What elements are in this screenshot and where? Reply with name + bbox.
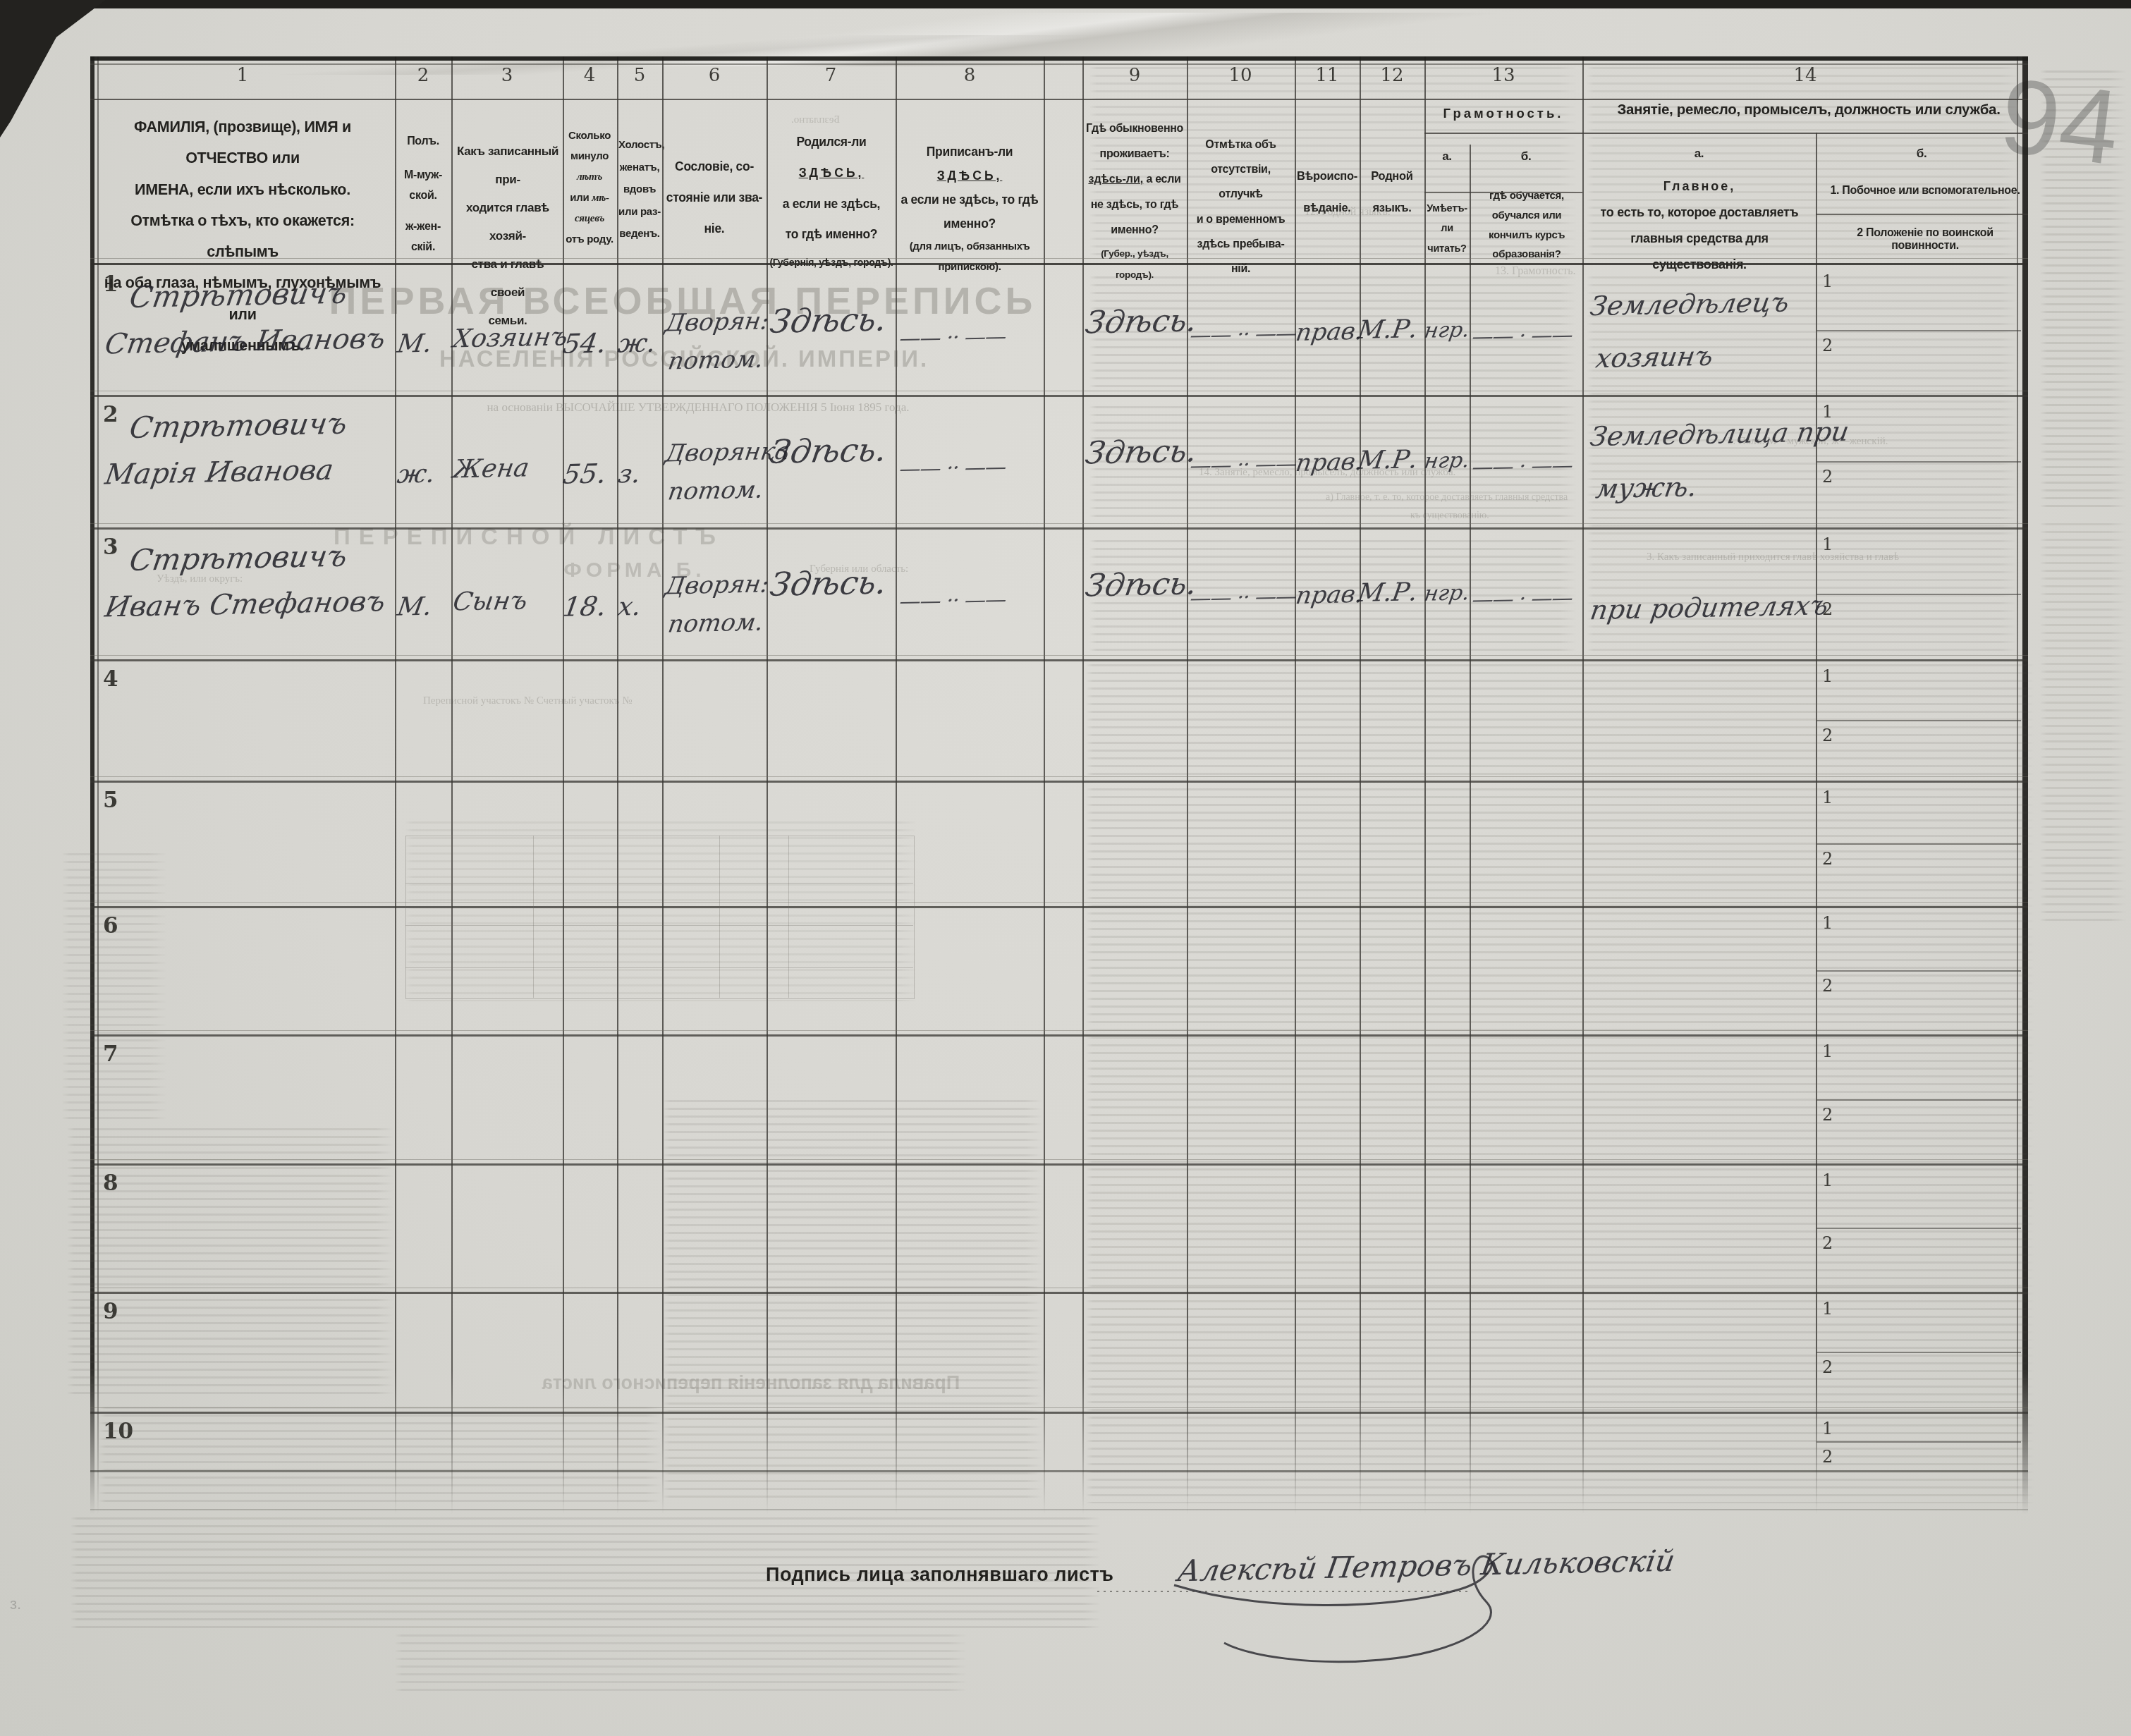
subrow-number: 1 (1822, 666, 1843, 686)
table-row-line (90, 527, 2028, 530)
cell-entry-estate1: Дворян: (664, 570, 767, 601)
column-header-14-title: Занятіе, ремесло, промыселъ, должность и… (1587, 102, 2031, 118)
column-header-5: Холостъ, женатъ, вдовъ или раз- веденъ. (618, 134, 661, 245)
cell-entry-marital: з. (616, 459, 662, 489)
column-number: 13 (1475, 65, 1532, 86)
paper-crease (56, 13, 1960, 66)
subrow-number: 1 (1822, 1170, 1843, 1190)
ghost-paragraph-noise (405, 821, 917, 1001)
cell-entry-registered: —— ·· —— (898, 587, 1043, 614)
table-column-line (1187, 56, 1188, 1515)
subrow-number: 2 (1822, 726, 1843, 745)
cell-entry-sex: ж. (396, 459, 450, 489)
cell-entry-literacy: нгр. (1422, 317, 1472, 343)
cell-entry-age: 18. (561, 590, 616, 622)
subrow-number: 2 (1822, 976, 1843, 996)
ghost-paragraph-noise (62, 853, 166, 1121)
ghost-paragraph-noise (67, 1128, 393, 1396)
table-row-line (90, 1509, 2028, 1510)
table-column-line (767, 56, 768, 1515)
table-row-line (90, 781, 2028, 783)
column-header-14a-label: а. (1582, 147, 1816, 161)
cell-entry-occupation1: при родителяхъ (1588, 590, 1816, 626)
ghost-table-line (405, 883, 913, 884)
table-row-line (90, 906, 2028, 908)
column-header-3: Какъ записанный при- ходится главѣ хозяй… (455, 137, 561, 335)
table-column-line (1044, 56, 1045, 1515)
cell-entry-language: М.Р. (1356, 314, 1426, 345)
cell-entry-residence: Здѣсь. (1083, 434, 1189, 472)
row-number: 9 (103, 1299, 148, 1324)
column-header-13a-label: а. (1424, 149, 1470, 164)
cell-entry-name: Иванъ Стефановъ (103, 585, 413, 624)
subrow-divider (1816, 330, 2021, 331)
table-column-line (1295, 56, 1296, 1515)
subrow-number: 2 (1822, 849, 1843, 869)
cell-entry-surname: Стрѣтовичъ (128, 274, 402, 314)
column-number: 11 (1299, 65, 1355, 86)
column-header-9: Гдѣ обыкновенно проживаетъ: здѣсь-ли, а … (1085, 116, 1185, 286)
row-number: 6 (103, 913, 148, 939)
column-header-12: Родной языкъ. (1361, 161, 1423, 224)
cell-entry-occupation1: Земледѣлица при (1588, 417, 1816, 453)
ghost-fragment: къ существованію. (1410, 511, 1489, 522)
subrow-number: 1 (1822, 1299, 1843, 1319)
cell-entry-born: Здѣсь. (768, 430, 896, 471)
scan-top-edge (0, 0, 2131, 8)
cell-entry-marital: ж. (616, 329, 662, 358)
column-number: 7 (802, 65, 859, 86)
table-column-line (1424, 56, 1426, 1515)
cell-entry-estate1: Дворянка (664, 438, 767, 468)
ghost-table-line (788, 836, 789, 998)
ghost-table-line (405, 925, 913, 926)
cell-entry-estate2: потом. (666, 476, 764, 506)
column-header-14b-1: 1. Побочное или вспомогательное. (1823, 185, 2027, 197)
ghost-paragraph-noise (1086, 664, 2034, 1503)
ghost-paragraph-noise (663, 1100, 1042, 1499)
column-header-14a: Главное, то есть то, которое доставляетъ… (1587, 173, 1812, 278)
ghost-table-outline (405, 836, 915, 999)
cell-entry-sex: М. (396, 592, 450, 621)
cell-entry-relation: Сынъ (451, 585, 563, 616)
signature-flourish (1156, 1527, 1565, 1689)
cell-entry-sex: М. (396, 329, 450, 358)
cell-entry-estate1: Дворян: (664, 307, 767, 338)
table-row-line (90, 1288, 2028, 1288)
column-number: 12 (1364, 65, 1420, 86)
table-row-line (90, 99, 2028, 100)
ghost-table-line (405, 967, 913, 968)
cell-entry-absence: —— ·· —— (1188, 584, 1295, 611)
ghost-table-line (533, 836, 534, 998)
table-row-line (1816, 214, 2028, 215)
cell-entry-born: Здѣсь. (768, 300, 896, 341)
cell-entry-language: М.Р. (1356, 445, 1426, 475)
table-row-line (90, 1159, 2028, 1160)
table-row-line (90, 1412, 2028, 1414)
row-number: 8 (103, 1170, 148, 1196)
table-row-line (90, 63, 2028, 65)
subrow-number: 2 (1822, 336, 1843, 355)
table-row-line (90, 1292, 2028, 1294)
cell-entry-residence: Здѣсь. (1083, 566, 1189, 604)
cell-entry-registered: —— ·· —— (898, 454, 1043, 482)
column-number: 3 (479, 65, 535, 86)
subrow-divider (1816, 843, 2021, 845)
ghost-paragraph-noise (395, 1634, 966, 1697)
cell-entry-occupation2: мужѣ. (1594, 469, 1815, 504)
cell-entry-religion: прав. (1294, 448, 1360, 477)
subrow-number: 2 (1822, 1105, 1843, 1125)
table-column-line (617, 56, 618, 1515)
table-row-line (90, 391, 2028, 391)
ghost-uchastok-label: Переписной участокъ № Счетный участокъ № (423, 695, 633, 707)
signature-label: Подпись лица заполнявшаго листъ (766, 1564, 1114, 1586)
column-number: 2 (395, 65, 451, 86)
subrow-number: 1 (1822, 913, 1843, 933)
table-column-line (1082, 56, 1084, 1515)
cell-entry-literacy: нгр. (1422, 580, 1472, 606)
table-row-line (90, 1030, 2028, 1031)
row-number: 10 (103, 1419, 148, 1444)
subrow-divider (1816, 970, 2021, 972)
cell-entry-name: Стефанъ Ивановъ (103, 322, 413, 361)
column-number: 5 (611, 65, 668, 86)
cell-entry-relation: Жена (451, 453, 563, 484)
column-number: 9 (1106, 65, 1163, 86)
column-number: 8 (941, 65, 998, 86)
cell-entry-born: Здѣсь. (768, 563, 896, 604)
column-header-2: Полъ. М-муж- ской. ж-жен- скій. (396, 131, 450, 258)
margin-pencil-mark: з. (10, 1595, 21, 1613)
column-number: 6 (686, 65, 743, 86)
subrow-divider (1816, 461, 2021, 463)
cell-entry-registered: —— ·· —— (898, 324, 1043, 351)
cell-entry-estate2: потом. (666, 346, 764, 376)
table-column-line (1582, 56, 1584, 1515)
subrow-number: 1 (1822, 1041, 1843, 1061)
table-row-line (90, 395, 2028, 397)
column-header-7: Родился-ли ЗДѢСЬ, а если не здѣсь, то гд… (769, 127, 894, 275)
subrow-number: 2 (1822, 467, 1843, 487)
table-column-line (563, 56, 564, 1515)
cell-entry-absence: —— ·· —— (1188, 451, 1295, 478)
table-column-line (2017, 56, 2018, 1515)
cell-entry-age: 55. (561, 458, 616, 489)
subrow-divider (1816, 1099, 2021, 1101)
cell-entry-occupation1: Земледѣлецъ (1588, 286, 1816, 322)
subrow-number: 2 (1822, 1357, 1843, 1377)
subrow-divider (1816, 1352, 2021, 1353)
cell-entry-surname: Стрѣтовичъ (128, 405, 402, 445)
cell-entry-education: —— · —— (1470, 453, 1582, 479)
table-column-line (1360, 56, 1361, 1515)
cell-entry-education: —— · —— (1470, 585, 1582, 612)
column-header-8: Приписанъ-ли ЗДѢСЬ, а если не здѣсь, то … (897, 140, 1042, 277)
ghost-fragment: 13. Грамотность. (1495, 265, 1576, 278)
table-row-line (90, 655, 2028, 656)
subrow-number: 1 (1822, 271, 1843, 291)
row-number: 4 (103, 666, 148, 692)
cell-entry-occupation2: хозяинъ (1594, 338, 1815, 374)
ghost-fragment: а) Главное, т. е. то, которое доставляет… (1326, 492, 1568, 503)
row-number: 5 (103, 788, 148, 813)
table-row-line (90, 776, 2028, 777)
ghost-law-line: на основаніи ВЫСОЧАЙШЕ УТВЕРЖДЕННАГО ПОЛ… (296, 401, 1100, 415)
cell-entry-religion: прав. (1294, 580, 1360, 610)
table-column-line (1470, 145, 1471, 1515)
column-header-13b-label: б. (1470, 149, 1582, 164)
table-row-line (90, 1407, 2028, 1408)
row-number: 7 (103, 1041, 148, 1067)
table-row-line (90, 902, 2028, 903)
column-header-11: Вѣроиспо- вѣданіе. (1296, 161, 1358, 224)
ghost-table-line (719, 836, 720, 998)
table-row-line (1424, 133, 2028, 134)
cell-entry-religion: прав. (1294, 317, 1360, 347)
cell-entry-estate2: потом. (666, 609, 764, 639)
ghost-rules-heading: Правила для заполненія переписного листа (395, 1372, 1107, 1394)
column-number: 4 (561, 65, 618, 86)
subrow-number: 2 (1822, 1233, 1843, 1253)
ghost-table-line (451, 836, 452, 998)
table-row-line (90, 1034, 2028, 1037)
table-row-line (90, 1163, 2028, 1166)
ghost-paragraph-noise (2040, 523, 2126, 925)
table-column-line (662, 56, 664, 1515)
column-number: 1 (214, 65, 271, 86)
cell-entry-literacy: нгр. (1422, 448, 1472, 473)
subrow-number: 1 (1822, 1419, 1843, 1438)
column-header-6: Сословіе, со- стояніе или зва- ніе. (664, 152, 765, 244)
ghost-fragment: 3. Какъ записанный приходится главѣ хозя… (1647, 551, 1899, 563)
cell-entry-language: М.Р. (1356, 577, 1426, 608)
subrow-divider (1816, 720, 2021, 721)
subrow-number: 1 (1822, 534, 1843, 554)
subrow-divider (1816, 1441, 2021, 1443)
table-column-line (90, 56, 94, 1515)
cell-entry-education: —— · —— (1470, 322, 1582, 349)
column-header-4: Сколько минуло лѣтъ или мѣ- сяцевъ отъ р… (563, 126, 616, 250)
subrow-divider (1816, 1228, 2021, 1229)
subrow-number: 2 (1822, 1447, 1843, 1467)
column-header-13b: гдѣ обучается, обучался или кончилъ курс… (1474, 186, 1580, 264)
table-column-line (2022, 56, 2028, 1515)
page-number-pencil: 94 (1994, 54, 2126, 189)
subrow-number: 1 (1822, 788, 1843, 807)
cell-entry-surname: Стрѣтовичъ (128, 537, 402, 577)
table-row-line (90, 659, 2028, 661)
cell-entry-absence: —— ·· —— (1188, 321, 1295, 348)
cell-entry-relation: Хозяинъ (451, 322, 563, 353)
census-sheet-scan: ПЕРВАЯ ВСЕОБЩАЯ ПЕРЕПИСЬ НАСЕЛЕНІЯ РОССІ… (0, 0, 2131, 1736)
cell-entry-name: Марія Иванова (103, 453, 413, 491)
column-header-10: Отмѣтка объ отсутствіи, отлучкѣ и о врем… (1189, 133, 1293, 281)
table-row-line (90, 56, 2028, 61)
table-column-line (1816, 133, 1817, 1515)
subrow-divider (1816, 594, 2021, 595)
cell-entry-marital: х. (616, 592, 662, 621)
cell-entry-residence: Здѣсь. (1083, 303, 1189, 341)
column-header-13a: Умѣетъ- ли читать? (1426, 199, 1468, 259)
column-header-13-title: Грамотность. (1424, 106, 1582, 121)
cell-entry-age: 54. (561, 327, 616, 359)
column-number: 10 (1212, 65, 1269, 86)
ghost-paragraph-noise (99, 1407, 661, 1505)
table-row-line (90, 1470, 2028, 1472)
table-row-line (90, 523, 2028, 524)
ghost-bezplatno: Безплатно. (791, 114, 840, 126)
column-number: 14 (1777, 65, 1833, 86)
table-column-line (451, 56, 453, 1515)
column-header-14b-2: 2 Положеніе по воинской повинности. (1823, 227, 2027, 252)
